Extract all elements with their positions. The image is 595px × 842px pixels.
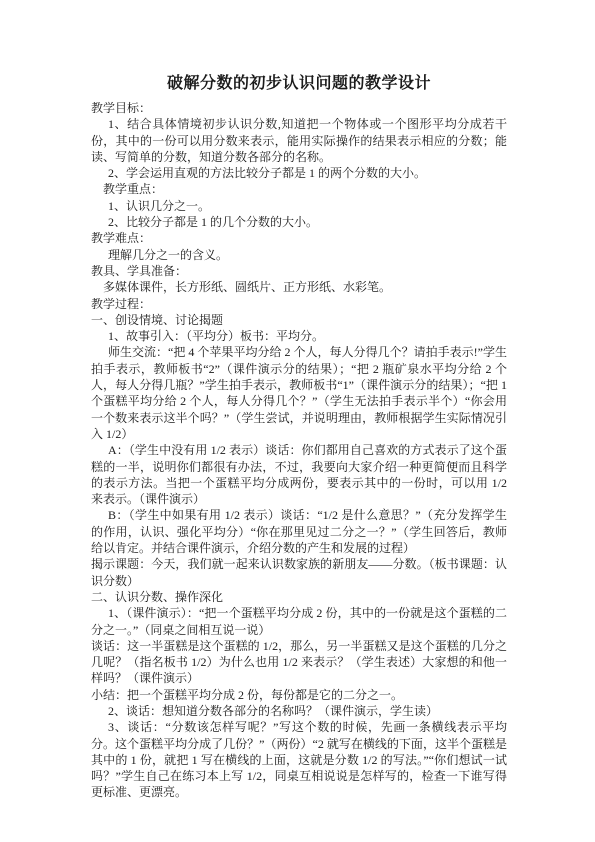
- document-title: 破解分数的初步认识问题的教学设计: [91, 74, 507, 94]
- document-body: 教学目标： 1、结合具体情境初步认识分数,知道把一个物体或一个图形平均分成若干份…: [91, 100, 507, 801]
- paragraph-section-2-heading: 二、认识分数、操作深化: [91, 589, 507, 605]
- paragraph-courseware-demo: 1、（课件演示）：“把一个蛋糕平均分成 2 份，其中的一份就是这个蛋糕的二分之一…: [91, 605, 507, 638]
- paragraph-key-point-2: 2、比较分子都是 1 的几个分数的大小。: [91, 214, 507, 230]
- paragraph-teaching-goals-heading: 教学目标：: [91, 100, 507, 116]
- paragraph-section-1-heading: 一、创设情境、讨论揭题: [91, 312, 507, 328]
- paragraph-story-intro: 1、故事引入：（平均分）板书：平均分。: [91, 328, 507, 344]
- paragraph-goal-1: 1、结合具体情境初步认识分数,知道把一个物体或一个图形平均分成若干份，其中的一份…: [91, 116, 507, 165]
- paragraph-case-b: B：（学生中如果有用 1/2 表示）谈话：“1/2 是什么意思？”（充分发挥学生…: [91, 507, 507, 556]
- paragraph-summary: 小结：把一个蛋糕平均分成 2 份，每份都是它的二分之一。: [91, 687, 507, 703]
- paragraph-materials-heading: 教具、学具准备：: [91, 263, 507, 279]
- paragraph-fraction-parts-talk: 2、谈话：想知道分数各部分的名称吗？（课件演示，学生读）: [91, 703, 507, 719]
- paragraph-materials-list: 多媒体课件，长方形纸、圆纸片、正方形纸、水彩笔。: [91, 279, 507, 295]
- paragraph-half-cake-talk: 谈话：这一半蛋糕是这个蛋糕的 1/2，那么，另一半蛋糕又是这个蛋糕的几分之几呢？…: [91, 638, 507, 687]
- paragraph-teacher-student-dialog: 师生交流：“把 4 个苹果平均分给 2 个人，每人分得几个？请拍手表示!”学生拍…: [91, 344, 507, 442]
- paragraph-difficulties-heading: 教学难点：: [91, 230, 507, 246]
- paragraph-difficulty-detail: 理解几分之一的含义。: [91, 247, 507, 263]
- paragraph-key-point-1: 1、认识几分之一。: [91, 198, 507, 214]
- document-page: 破解分数的初步认识问题的教学设计 教学目标： 1、结合具体情境初步认识分数,知道…: [0, 0, 595, 842]
- paragraph-reveal-topic: 揭示课题：今天，我们就一起来认识数家族的新朋友——分数。（板书课题：认识分数）: [91, 556, 507, 589]
- paragraph-writing-fraction-talk: 3、谈话：“分数该怎样写呢？”写这个数的时候，先画一条横线表示平均分。这个蛋糕平…: [91, 719, 507, 800]
- paragraph-case-a: A：（学生中没有用 1/2 表示）谈话：你们都用自己喜欢的方式表示了这个蛋糕的一…: [91, 442, 507, 507]
- paragraph-goal-2: 2、学会运用直观的方法比较分子都是 1 的两个分数的大小。: [91, 165, 507, 181]
- paragraph-process-heading: 教学过程：: [91, 296, 507, 312]
- paragraph-key-points-heading: 教学重点：: [91, 181, 507, 197]
